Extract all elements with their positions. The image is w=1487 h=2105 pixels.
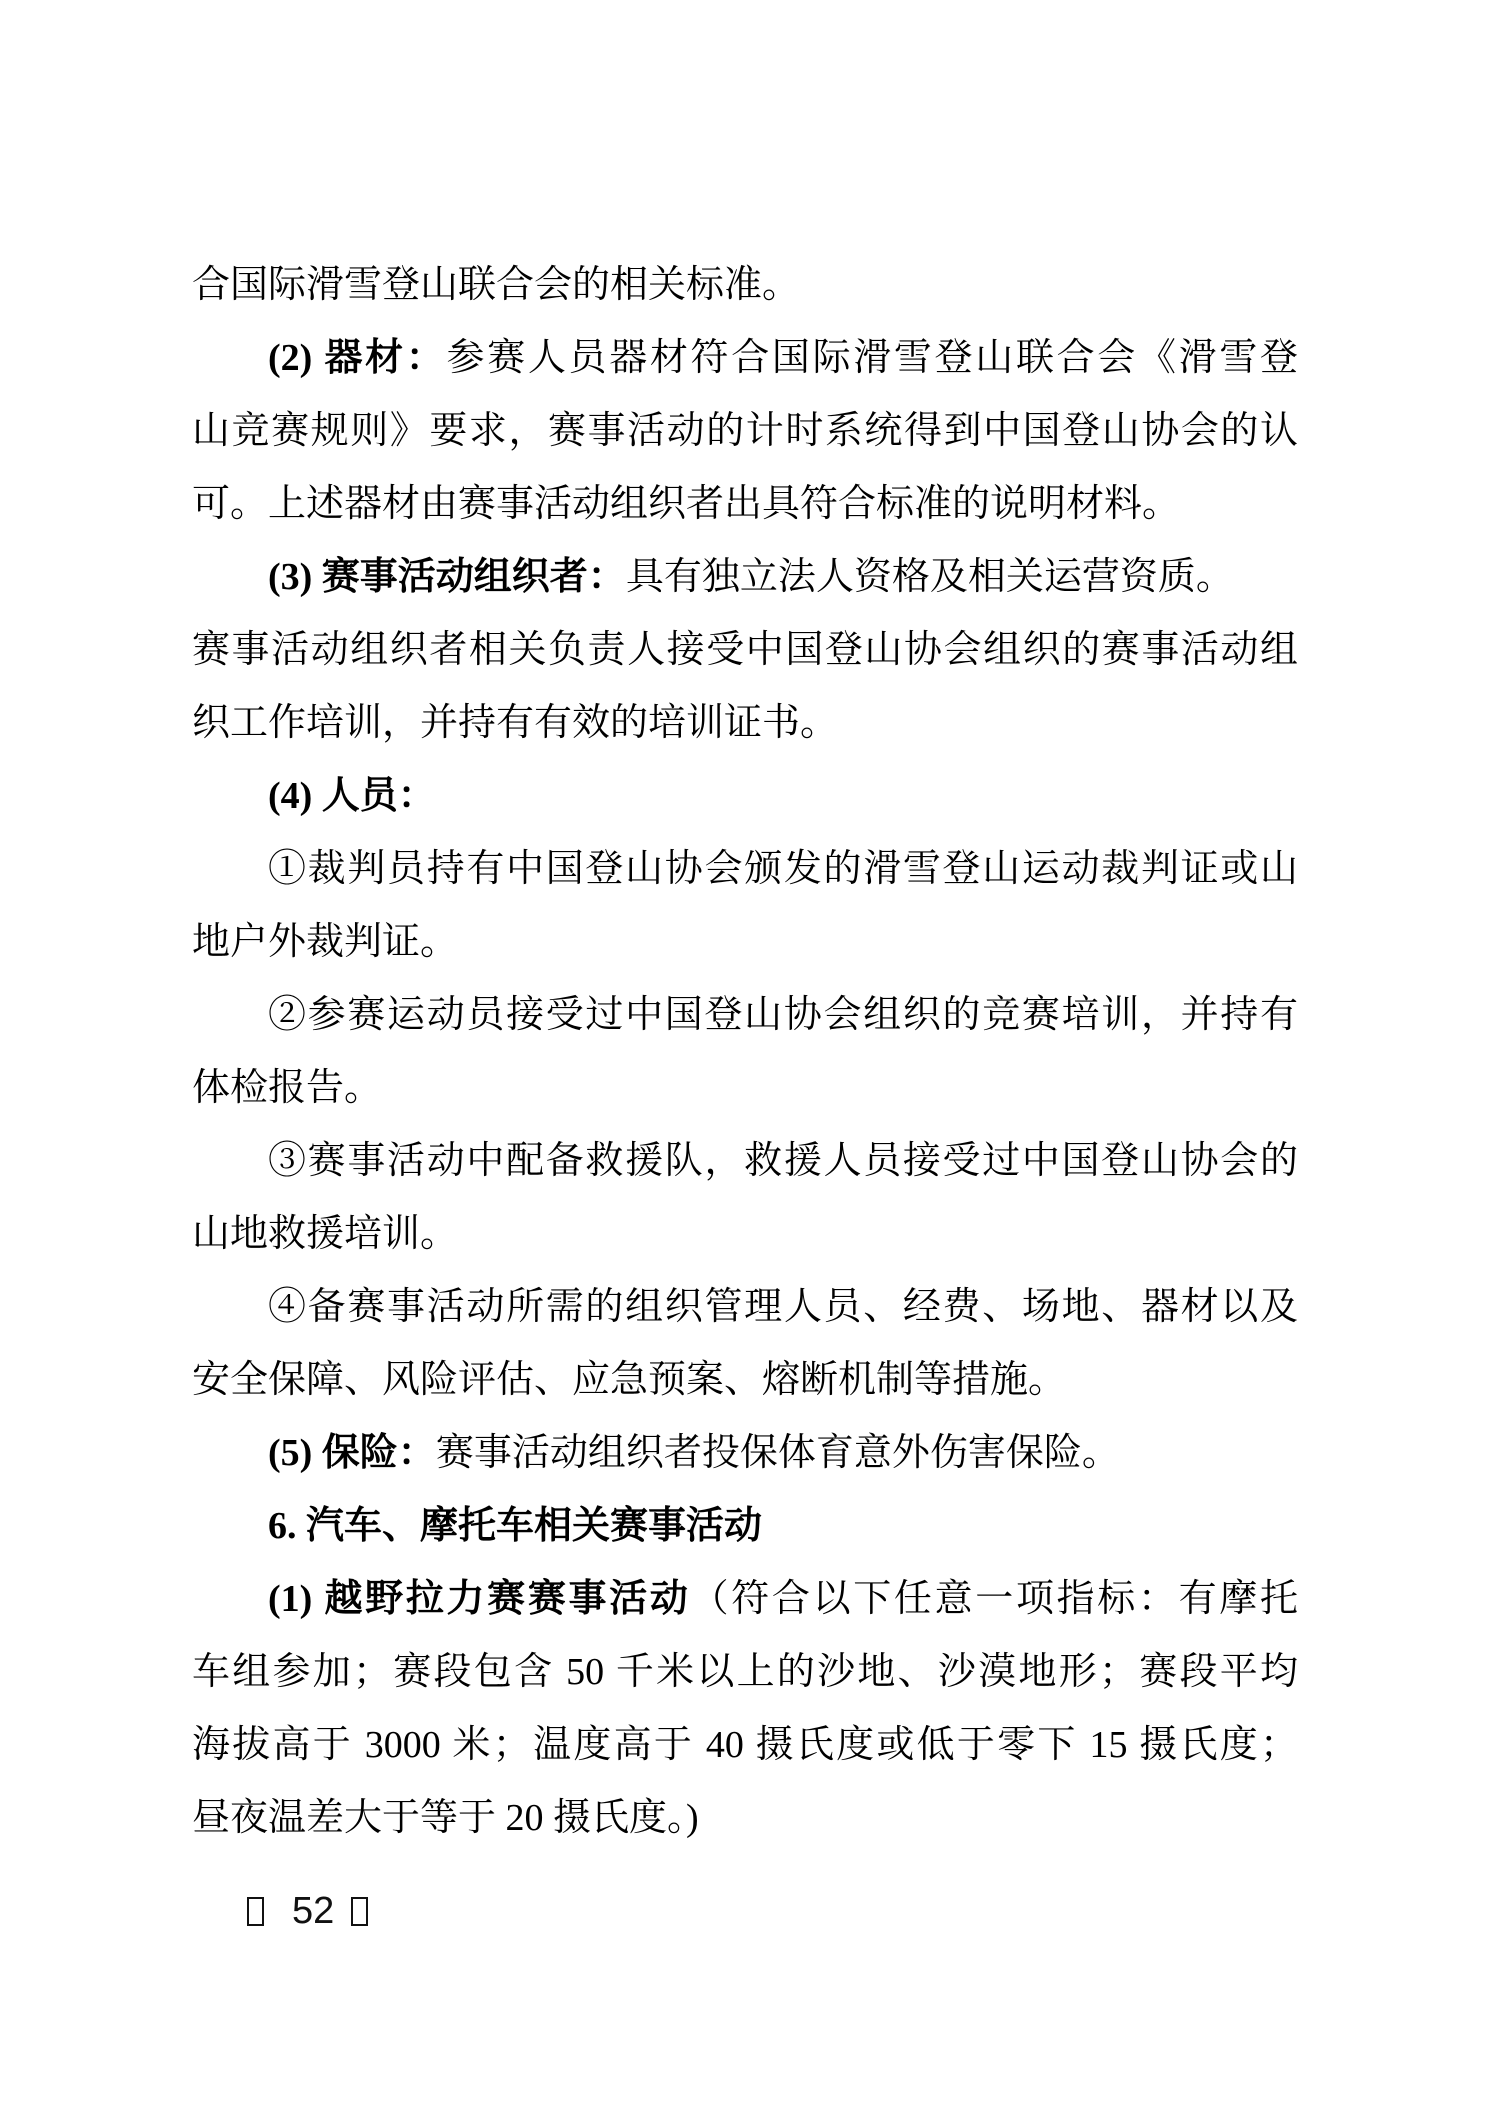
page-number: 52 xyxy=(292,1886,334,1936)
clause-label: (1) 越野拉力赛赛事活动 xyxy=(268,1578,691,1620)
text-line: 山地救援培训。 xyxy=(192,1198,1298,1271)
text-segment: 海拔高于 3000 米；温度高于 40 摄氏度或低于零下 15 摄氏度； xyxy=(192,1724,1298,1766)
missing-glyph-box-icon xyxy=(351,1897,368,1926)
text-segment: 山地救援培训。 xyxy=(192,1213,458,1255)
text-line: 海拔高于 3000 米；温度高于 40 摄氏度或低于零下 15 摄氏度； xyxy=(192,1709,1298,1782)
text-segment: ①裁判员持有中国登山协会颁发的滑雪登山运动裁判证或山 xyxy=(268,848,1298,890)
clause-label: (4) 人员： xyxy=(268,775,436,817)
text-line: ①裁判员持有中国登山协会颁发的滑雪登山运动裁判证或山 xyxy=(192,833,1298,906)
missing-glyph-box-icon xyxy=(247,1897,264,1926)
text-line: 体检报告。 xyxy=(192,1052,1298,1125)
text-line: 山竞赛规则》要求，赛事活动的计时系统得到中国登山协会的认 xyxy=(192,395,1298,468)
text-segment: 具有独立法人资格及相关运营资质。 xyxy=(626,556,1234,598)
text-segment: 山竞赛规则》要求，赛事活动的计时系统得到中国登山协会的认 xyxy=(192,410,1298,452)
text-segment: 地户外裁判证。 xyxy=(192,921,458,963)
clause-label: (3) 赛事活动组织者： xyxy=(268,556,626,598)
text-line: (2) 器材：参赛人员器材符合国际滑雪登山联合会《滑雪登 xyxy=(192,322,1298,395)
clause-label: (2) 器材： xyxy=(268,337,447,379)
text-segment: 昼夜温差大于等于 20 摄氏度。) xyxy=(192,1797,699,1839)
text-segment: 车组参加；赛段包含 50 千米以上的沙地、沙漠地形；赛段平均 xyxy=(192,1651,1298,1693)
text-line: 昼夜温差大于等于 20 摄氏度。) xyxy=(192,1782,1298,1855)
text-line: 赛事活动组织者相关负责人接受中国登山协会组织的赛事活动组 xyxy=(192,614,1298,687)
text-line: 合国际滑雪登山联合会的相关标准。 xyxy=(192,249,1298,322)
text-line: 安全保障、风险评估、应急预案、熔断机制等措施。 xyxy=(192,1344,1298,1417)
text-segment: ③赛事活动中配备救援队，救援人员接受过中国登山协会的 xyxy=(268,1140,1298,1182)
text-line: (5) 保险：赛事活动组织者投保体育意外伤害保险。 xyxy=(192,1417,1298,1490)
text-segment: 合国际滑雪登山联合会的相关标准。 xyxy=(192,264,800,306)
text-line: 可。上述器材由赛事活动组织者出具符合标准的说明材料。 xyxy=(192,468,1298,541)
text-line: 6. 汽车、摩托车相关赛事活动 xyxy=(192,1490,1298,1563)
text-segment: 织工作培训，并持有有效的培训证书。 xyxy=(192,702,838,744)
text-line: 车组参加；赛段包含 50 千米以上的沙地、沙漠地形；赛段平均 xyxy=(192,1636,1298,1709)
text-segment: 可。上述器材由赛事活动组织者出具符合标准的说明材料。 xyxy=(192,483,1180,525)
text-segment: 参赛人员器材符合国际滑雪登山联合会《滑雪登 xyxy=(447,337,1298,379)
text-line: 地户外裁判证。 xyxy=(192,906,1298,979)
text-line: ②参赛运动员接受过中国登山协会组织的竞赛培训，并持有 xyxy=(192,979,1298,1052)
text-line: (4) 人员： xyxy=(192,760,1298,833)
text-segment: （符合以下任意一项指标：有摩托 xyxy=(691,1578,1298,1620)
text-line: (3) 赛事活动组织者：具有独立法人资格及相关运营资质。 xyxy=(192,541,1298,614)
clause-label: (5) 保险： xyxy=(268,1432,436,1474)
text-segment: 安全保障、风险评估、应急预案、熔断机制等措施。 xyxy=(192,1359,1066,1401)
text-segment: ④备赛事活动所需的组织管理人员、经费、场地、器材以及 xyxy=(268,1286,1298,1328)
document-page: 合国际滑雪登山联合会的相关标准。 (2) 器材：参赛人员器材符合国际滑雪登山联合… xyxy=(0,0,1487,2105)
text-segment: 赛事活动组织者相关负责人接受中国登山协会组织的赛事活动组 xyxy=(192,629,1298,671)
text-line: ④备赛事活动所需的组织管理人员、经费、场地、器材以及 xyxy=(192,1271,1298,1344)
section-heading: 6. 汽车、摩托车相关赛事活动 xyxy=(268,1505,762,1547)
text-segment: 体检报告。 xyxy=(192,1067,382,1109)
page-footer: 52 xyxy=(247,1886,368,1936)
document-body: 合国际滑雪登山联合会的相关标准。 (2) 器材：参赛人员器材符合国际滑雪登山联合… xyxy=(192,249,1298,1855)
text-line: ③赛事活动中配备救援队，救援人员接受过中国登山协会的 xyxy=(192,1125,1298,1198)
text-segment: 赛事活动组织者投保体育意外伤害保险。 xyxy=(436,1432,1120,1474)
text-segment: ②参赛运动员接受过中国登山协会组织的竞赛培训，并持有 xyxy=(268,994,1298,1036)
text-line: (1) 越野拉力赛赛事活动（符合以下任意一项指标：有摩托 xyxy=(192,1563,1298,1636)
text-line: 织工作培训，并持有有效的培训证书。 xyxy=(192,687,1298,760)
